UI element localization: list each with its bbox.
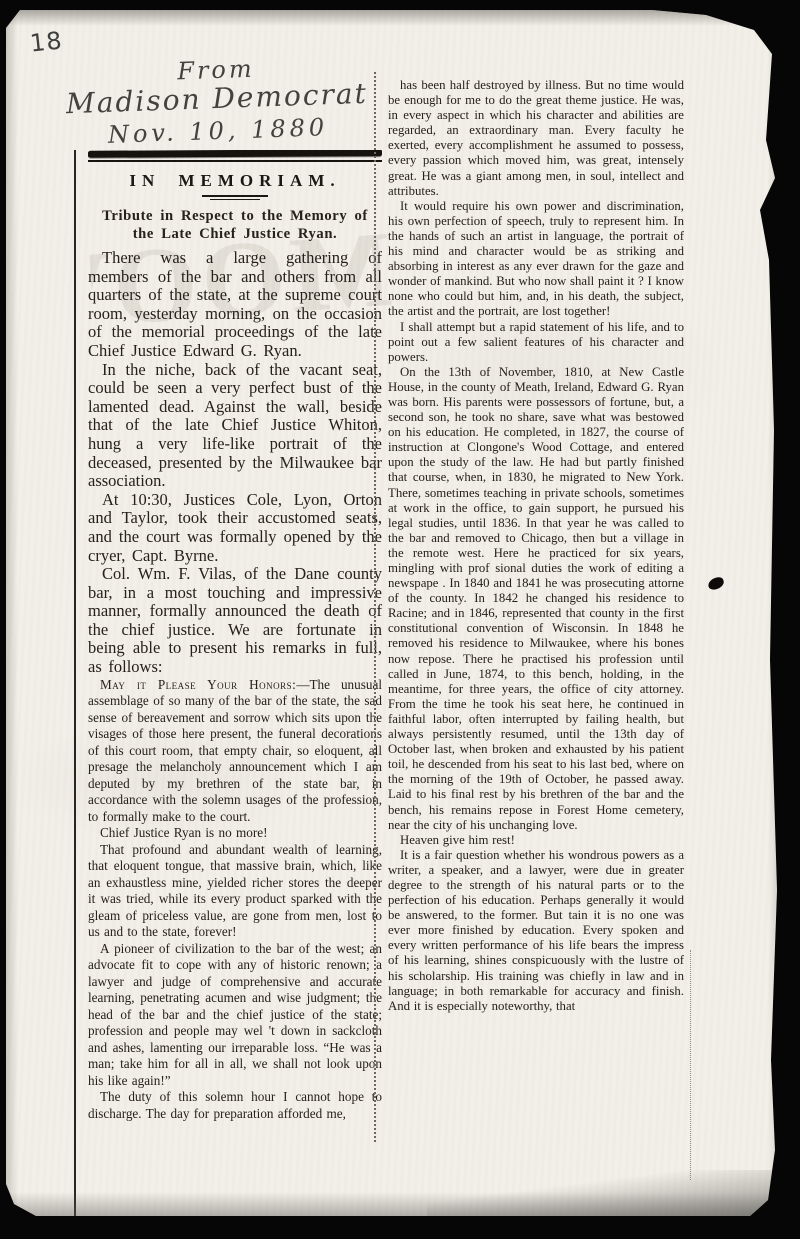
speech-salutation: May it Please Your Honors: bbox=[100, 677, 296, 692]
column-paragraph: has been half destroyed by illness. But … bbox=[388, 78, 684, 199]
column-paragraph: It would require his own power and discr… bbox=[388, 199, 684, 320]
intro-section: There was a large gathering of members o… bbox=[88, 249, 382, 677]
speech-paragraph: That profound and abundant wealth of lea… bbox=[88, 842, 382, 941]
handwritten-page-number: 18 bbox=[29, 26, 64, 57]
clipping-left-column: IN MEMORIAM. Tribute in Respect to the M… bbox=[74, 150, 392, 1220]
column-paragraph: On the 13th of November, 1810, at New Ca… bbox=[388, 365, 684, 833]
scanned-page: 18 From Madison Democrat Nov. 10, 1880 M… bbox=[6, 10, 786, 1216]
subheadline: Tribute in Respect to the Memory of the … bbox=[90, 208, 380, 243]
scanner-background: { "scan": { "corner_number": "18", "hand… bbox=[0, 0, 800, 1239]
intro-paragraph: Col. Wm. F. Vilas, of the Dane county ba… bbox=[88, 565, 382, 677]
column-paragraph: I shall attempt but a rapid statement of… bbox=[388, 320, 684, 365]
speech-paragraph: A pioneer of civilization to the bar of … bbox=[88, 941, 382, 1090]
headline: IN MEMORIAM. bbox=[88, 171, 382, 191]
clipping-top-rule-thin bbox=[88, 160, 382, 162]
clipping-right-edge-rule bbox=[690, 950, 691, 1180]
scan-shadow-smudge bbox=[427, 1170, 786, 1216]
intro-paragraph: In the niche, back of the vacant seat, c… bbox=[88, 361, 382, 491]
ink-blot-artifact bbox=[707, 576, 726, 591]
speech-opening-paragraph: May it Please Your Honors:—The unusual a… bbox=[88, 677, 382, 826]
column-paragraph: It is a fair question whether his wondro… bbox=[388, 848, 684, 1014]
speech-section: May it Please Your Honors:—The unusual a… bbox=[88, 677, 382, 1123]
intro-paragraph: There was a large gathering of members o… bbox=[88, 249, 382, 361]
clipping-top-rule-thick bbox=[88, 150, 382, 158]
headline-rule-thin bbox=[210, 199, 260, 200]
clipping-right-column: has been half destroyed by illness. But … bbox=[374, 72, 690, 1142]
speech-paragraph: Chief Justice Ryan is no more! bbox=[88, 825, 382, 842]
column-paragraph: Heaven give him rest! bbox=[388, 833, 684, 848]
headline-rule bbox=[202, 195, 268, 197]
intro-paragraph: At 10:30, Justices Cole, Lyon, Orton and… bbox=[88, 491, 382, 565]
speech-opening-text: —The unusual assemblage of so many of th… bbox=[88, 677, 382, 824]
speech-paragraph: The duty of this solemn hour I cannot ho… bbox=[88, 1089, 382, 1122]
handwritten-source-note: From Madison Democrat Nov. 10, 1880 bbox=[63, 51, 372, 151]
